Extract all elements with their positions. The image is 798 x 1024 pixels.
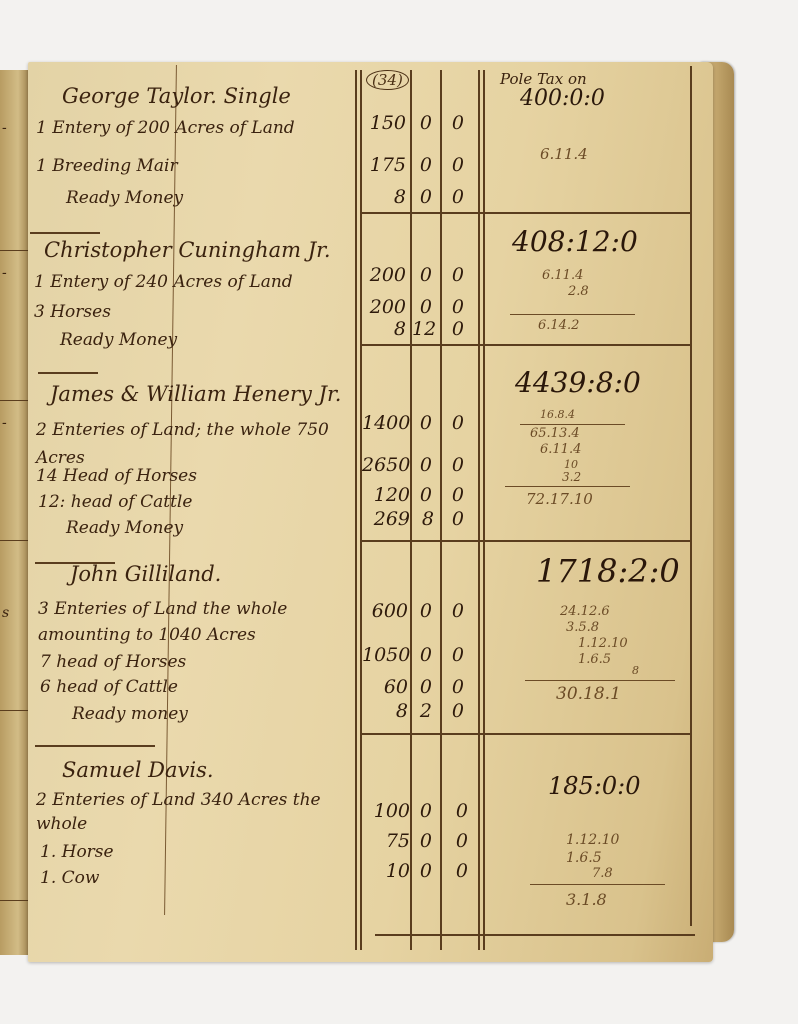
pence-value: 0 xyxy=(444,186,464,208)
shillings-value: 0 xyxy=(412,600,432,622)
pence-value: 0 xyxy=(448,830,468,852)
section-total: 4439:8:0 xyxy=(515,366,641,399)
shillings-value: 0 xyxy=(412,186,432,208)
column-rule xyxy=(478,70,480,950)
pence-value: 0 xyxy=(444,484,464,506)
item-label: 12: head of Cattle xyxy=(38,492,192,512)
calculation-note: 1.12.10 xyxy=(578,636,628,651)
calculation-note: 16.8.4 xyxy=(540,408,575,421)
header-total: 400:0:0 xyxy=(520,86,605,111)
item-label: 1. Cow xyxy=(40,868,99,888)
pounds-value: 200 xyxy=(362,296,406,318)
pence-value: 0 xyxy=(448,800,468,822)
calculation-note: 1.6.5 xyxy=(578,652,611,667)
pence-value: 0 xyxy=(444,600,464,622)
ruled-line xyxy=(0,900,28,901)
shillings-value: 0 xyxy=(412,830,432,852)
item-label: 3 Horses xyxy=(34,302,111,322)
calculation-note: 7.8 xyxy=(592,866,613,881)
shillings-value: 0 xyxy=(412,484,432,506)
calculation-note: 3.2 xyxy=(562,470,581,484)
pounds-value: 8 xyxy=(362,318,406,340)
pence-value: 0 xyxy=(444,700,464,722)
item-label: 2 Enteries of Land; the whole 750 Acres xyxy=(36,416,356,472)
pence-value: 0 xyxy=(444,264,464,286)
column-rule xyxy=(690,66,692,926)
shillings-value: 0 xyxy=(412,412,432,434)
calc-rule xyxy=(530,884,665,885)
section-rule xyxy=(375,934,695,936)
item-label: 7 head of Horses xyxy=(40,652,186,672)
left-page-fragment: s xyxy=(2,605,9,621)
taxpayer-name: John Gilliland. xyxy=(70,562,221,586)
taxpayer-name: Christopher Cuningham Jr. xyxy=(44,238,331,262)
item-label: Ready Money xyxy=(66,188,183,208)
calculation-note: 65.13.4 xyxy=(530,426,580,441)
pounds-value: 200 xyxy=(362,264,406,286)
pounds-value: 1400 xyxy=(362,412,410,434)
section-total: 1718:2:0 xyxy=(536,552,680,590)
page-number: (34) xyxy=(366,70,409,90)
column-rule xyxy=(440,70,442,950)
pounds-value: 60 xyxy=(362,676,408,698)
pounds-value: 600 xyxy=(362,600,408,622)
section-rule xyxy=(360,344,690,346)
shillings-value: 0 xyxy=(412,454,432,476)
taxpayer-name: Samuel Davis. xyxy=(62,758,214,782)
shillings-value: 2 xyxy=(412,700,432,722)
calc-rule xyxy=(520,424,625,425)
item-label: 1. Horse xyxy=(40,842,114,862)
shillings-value: 8 xyxy=(412,508,434,530)
ruled-line xyxy=(0,540,28,541)
calc-rule xyxy=(510,314,635,315)
item-label: 14 Head of Horses xyxy=(36,466,197,486)
pounds-value: 75 xyxy=(370,830,410,852)
shillings-value: 0 xyxy=(412,676,432,698)
item-label: 1 Breeding Mair xyxy=(36,156,178,176)
shillings-value: 0 xyxy=(412,112,432,134)
calculation-note: 6.14.2 xyxy=(538,318,579,333)
pounds-value: 8 xyxy=(362,700,408,722)
pence-value: 0 xyxy=(444,676,464,698)
calculation-note: 1.6.5 xyxy=(566,850,602,866)
section-total: 185:0:0 xyxy=(548,772,641,800)
left-page-fragment: - xyxy=(2,415,7,431)
pounds-value: 150 xyxy=(362,112,406,134)
section-rule xyxy=(360,540,690,542)
section-total: 408:12:0 xyxy=(512,225,638,258)
pounds-value: 120 xyxy=(362,484,410,506)
column-rule xyxy=(483,70,485,950)
section-rule xyxy=(360,212,690,214)
pence-value: 0 xyxy=(444,154,464,176)
calculation-note: 6.11.4 xyxy=(540,145,588,163)
shillings-value: 0 xyxy=(412,644,432,666)
pence-value: 0 xyxy=(444,112,464,134)
item-label: 1 Entery of 200 Acres of Land xyxy=(36,118,295,138)
ruled-line xyxy=(0,710,28,711)
calculation-note: 3.1.8 xyxy=(566,890,607,909)
calculation-note: 6.11.4 xyxy=(542,268,583,283)
shillings-value: 0 xyxy=(412,154,432,176)
pence-value: 0 xyxy=(448,860,468,882)
pence-value: 0 xyxy=(444,454,464,476)
calc-rule xyxy=(525,680,675,681)
item-label: 6 head of Cattle xyxy=(40,677,178,697)
pence-value: 0 xyxy=(444,644,464,666)
taxpayer-name: George Taylor. Single xyxy=(62,84,291,108)
section-rule xyxy=(360,733,690,735)
pence-value: 0 xyxy=(444,412,464,434)
pence-value: 0 xyxy=(444,296,464,318)
item-label: 1 Entery of 240 Acres of Land xyxy=(34,272,293,292)
calculation-note: 24.12.6 xyxy=(560,604,610,619)
calculation-note: 8 xyxy=(632,664,639,677)
calculation-note: 30.18.1 xyxy=(556,684,621,704)
left-page-fragment: - xyxy=(2,120,7,136)
pounds-value: 8 xyxy=(362,186,406,208)
pounds-value: 1050 xyxy=(362,644,408,666)
ruled-line xyxy=(0,400,28,401)
ruled-line xyxy=(0,250,28,251)
pounds-value: 10 xyxy=(370,860,410,882)
item-label: Ready Money xyxy=(60,330,177,350)
section-rule xyxy=(35,745,155,747)
pounds-value: 269 xyxy=(362,508,410,530)
shillings-value: 0 xyxy=(412,800,432,822)
item-label: Ready Money xyxy=(66,518,183,538)
taxpayer-name: James & William Henery Jr. xyxy=(50,382,341,406)
pounds-value: 2650 xyxy=(362,454,410,476)
section-rule xyxy=(30,232,100,234)
section-rule xyxy=(38,372,98,374)
pounds-value: 175 xyxy=(362,154,406,176)
shillings-value: 0 xyxy=(412,860,432,882)
pence-value: 0 xyxy=(444,318,464,340)
calculation-note: 1.12.10 xyxy=(566,832,619,848)
pounds-value: 100 xyxy=(370,800,410,822)
left-page-fragment: - xyxy=(2,265,7,281)
item-label: Ready money xyxy=(72,704,188,724)
shillings-value: 12 xyxy=(412,318,436,340)
calculation-note: 72.17.10 xyxy=(526,490,593,508)
shillings-value: 0 xyxy=(412,296,432,318)
item-label: 2 Enteries of Land 340 Acres the whole xyxy=(36,788,356,836)
calculation-note: 6.11.4 xyxy=(540,442,581,457)
shillings-value: 0 xyxy=(412,264,432,286)
calc-rule xyxy=(505,486,630,487)
calculation-note: 2.8 xyxy=(568,284,589,299)
pence-value: 0 xyxy=(444,508,464,530)
item-label: 3 Enteries of Land the whole amounting t… xyxy=(38,596,338,648)
calculation-note: 3.5.8 xyxy=(566,620,599,635)
